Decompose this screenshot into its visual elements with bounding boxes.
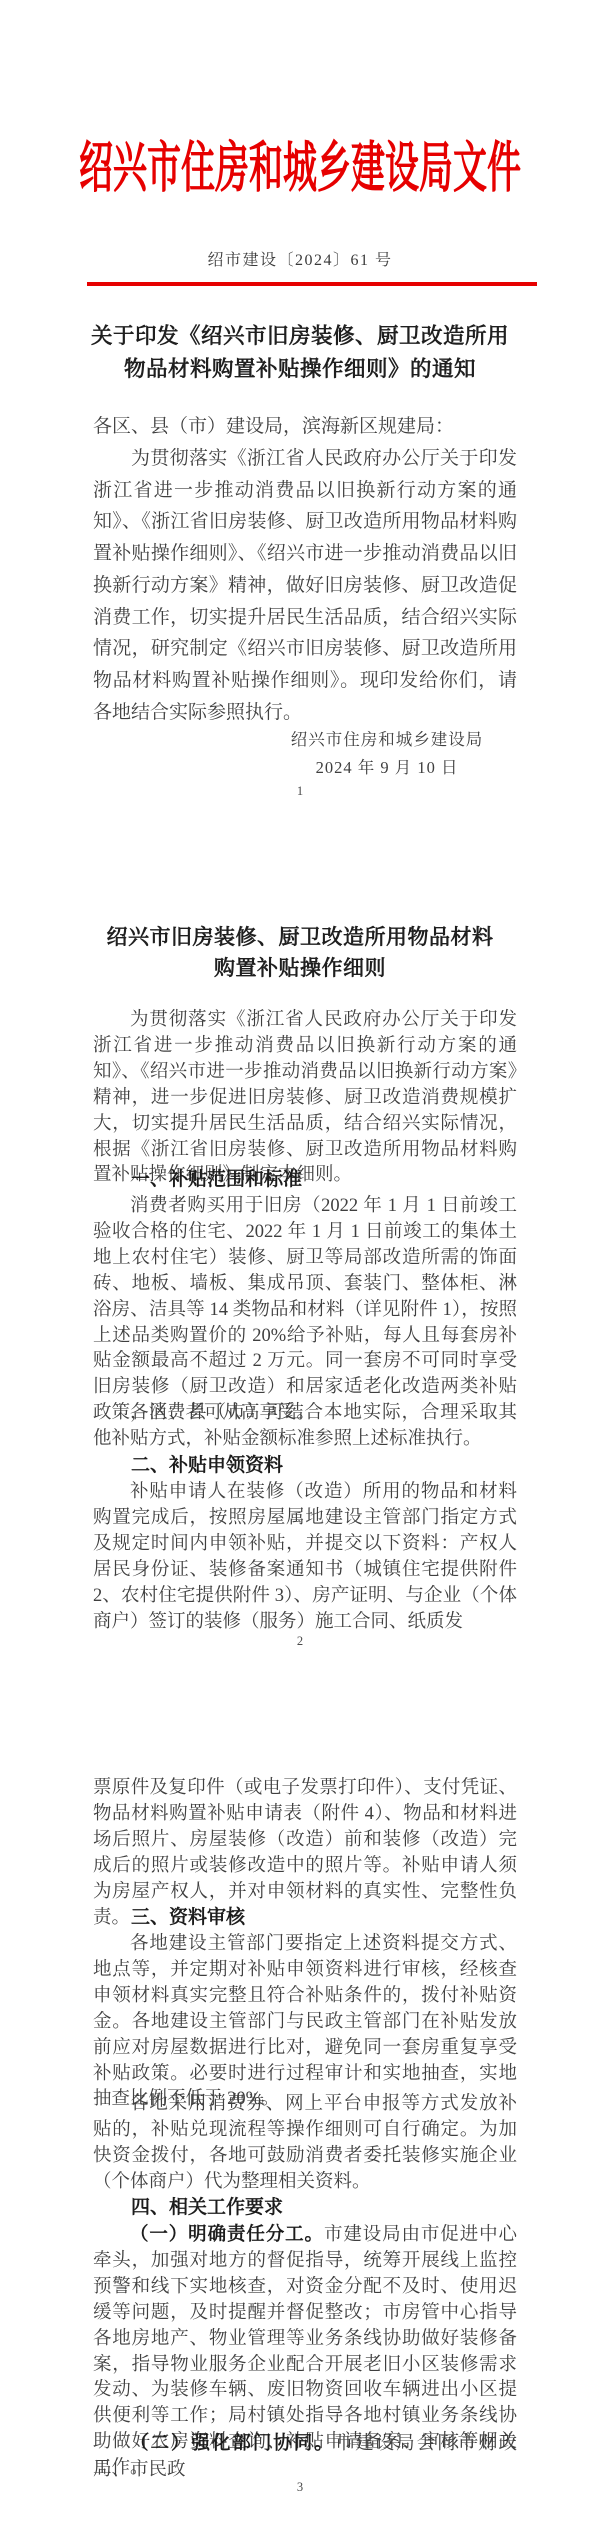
agency-letterhead-banner: 绍兴市住房和城乡建设局文件 [0, 141, 600, 196]
section4-item2-paragraph: （二）强化部门协同。市建设局会同市财政局、市民政 [93, 2432, 517, 2484]
signature-block: 绍兴市住房和城乡建设局 2024 年 9 月 10 日 [287, 726, 487, 781]
section2-heading: 二、补贴申领资料 [93, 1454, 555, 1478]
rules-title-line2: 购置补贴操作细则 [0, 953, 600, 984]
notice-title: 关于印发《绍兴市旧房装修、厨卫改造所用 物品材料购置补贴操作细则》的通知 [0, 320, 600, 386]
section4-item2-label: （二）强化部门协同。 [130, 2434, 335, 2454]
letterhead-divider-rule [87, 282, 537, 286]
section1-heading: 一、补贴范围和标准 [93, 1168, 555, 1192]
section2-paragraph-page2: 补贴申请人在装修（改造）所用的物品和材料购置完成后，按照房屋属地建设主管部门指定… [93, 1480, 517, 1635]
document-number: 绍市建设〔2024〕61 号 [0, 252, 600, 270]
salutation: 各区、县（市）建设局，滨海新区规建局： [93, 415, 523, 439]
section4-heading: 四、相关工作要求 [93, 2196, 555, 2220]
notice-title-line1: 关于印发《绍兴市旧房装修、厨卫改造所用 [0, 320, 600, 353]
notice-body-paragraph: 为贯彻落实《浙江省人民政府办公厅关于印发浙江省进一步推动消费品以旧换新行动方案的… [93, 443, 517, 728]
section4-item1-label: （一）明确责任分工。 [130, 2225, 324, 2245]
issue-date: 2024 年 9 月 10 日 [287, 754, 487, 782]
section3-paragraph2: 各地采用消费券、网上平台申报等方式发放补贴的，补贴兑现流程等操作细则可自行确定。… [93, 2092, 517, 2196]
rules-title: 绍兴市旧房装修、厨卫改造所用物品材料 购置补贴操作细则 [0, 922, 600, 984]
page-number-2: 2 [0, 1634, 600, 1649]
page-number-3: 3 [0, 2480, 600, 2495]
section1-paragraph2: 各区、县（市）可结合本地实际，合理采取其他补贴方式，补贴金额标准参照上述标准执行… [93, 1401, 517, 1453]
notice-title-line2: 物品材料购置补贴操作细则》的通知 [0, 353, 600, 386]
section1-paragraph1: 消费者购买用于旧房（2022 年 1 月 1 日前竣工验收合格的住宅、2022 … [93, 1194, 517, 1427]
signer-name: 绍兴市住房和城乡建设局 [287, 726, 487, 754]
rules-title-line1: 绍兴市旧房装修、厨卫改造所用物品材料 [0, 922, 600, 953]
section3-heading: 三、资料审核 [93, 1906, 555, 1930]
rules-intro-paragraph: 为贯彻落实《浙江省人民政府办公厅关于印发浙江省进一步推动消费品以旧换新行动方案的… [93, 1008, 517, 1189]
official-document-scan: 绍兴市住房和城乡建设局文件 绍市建设〔2024〕61 号 关于印发《绍兴市旧房装… [0, 0, 600, 2546]
page-number-1: 1 [0, 784, 600, 799]
section3-paragraph1: 各地建设主管部门要指定上述资料提交方式、地点等，并定期对补贴申领资料进行审核，经… [93, 1932, 517, 2113]
